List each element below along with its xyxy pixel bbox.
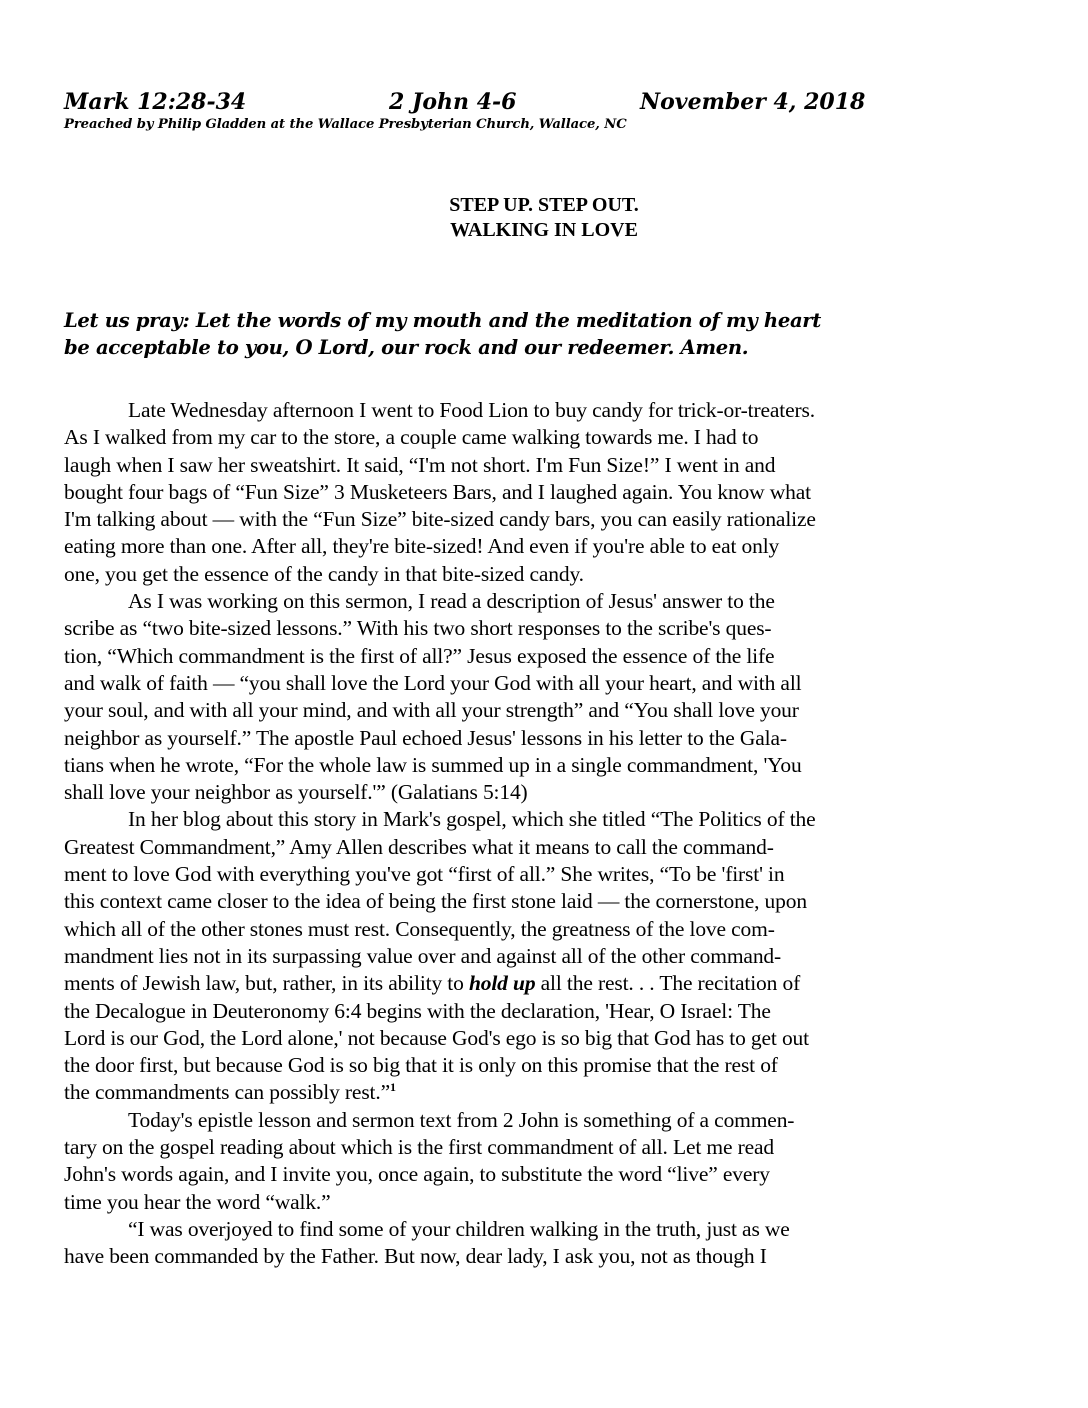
paragraph-line: As I was working on this sermon, I read … <box>64 588 1044 615</box>
scripture-references: Mark 12:28-34 2 John 4-6 November 4, 201… <box>64 88 964 116</box>
paragraph-line: the Decalogue in Deuteronomy 6:4 begins … <box>64 998 1044 1025</box>
paragraph-line: neighbor as yourself.” The apostle Paul … <box>64 725 1044 752</box>
paragraph-line: ments of Jewish law, but, rather, in its… <box>64 970 1044 997</box>
opening-prayer: Let us pray: Let the words of my mouth a… <box>64 307 1024 361</box>
prayer-line-2: be acceptable to you, O Lord, our rock a… <box>64 334 1024 361</box>
paragraph-line: mandment lies not in its surpassing valu… <box>64 943 1044 970</box>
text-run: all the rest. . . The recitation of <box>535 971 800 995</box>
paragraph-line: I'm talking about — with the “Fun Size” … <box>64 506 1044 533</box>
paragraph-line: the door first, but because God is so bi… <box>64 1052 1044 1079</box>
text-run: the commandments can possibly rest.” <box>64 1080 390 1104</box>
prayer-line-1: Let us pray: Let the words of my mouth a… <box>64 307 1024 334</box>
paragraph-line: which all of the other stones must rest.… <box>64 916 1044 943</box>
paragraph-line: ment to love God with everything you've … <box>64 861 1044 888</box>
paragraph-line: tion, “Which commandment is the first of… <box>64 643 1044 670</box>
paragraph-line: laugh when I saw her sweatshirt. It said… <box>64 452 1044 479</box>
paragraph-line: time you hear the word “walk.” <box>64 1189 1044 1216</box>
paragraph-line: Today's epistle lesson and sermon text f… <box>64 1107 1044 1134</box>
paragraph-line: have been commanded by the Father. But n… <box>64 1243 1044 1270</box>
document-page: Mark 12:28-34 2 John 4-6 November 4, 201… <box>0 0 1088 1408</box>
paragraph-line: John's words again, and I invite you, on… <box>64 1161 1044 1188</box>
paragraph-line: shall love your neighbor as yourself.'” … <box>64 779 1044 806</box>
paragraph-line: tians when he wrote, “For the whole law … <box>64 752 1044 779</box>
preacher-line: Preached by Philip Gladden at the Wallac… <box>64 116 964 134</box>
paragraph-line: In her blog about this story in Mark's g… <box>64 806 1044 833</box>
emphasized-text: hold up <box>469 971 535 995</box>
paragraph-line: As I walked from my car to the store, a … <box>64 424 1044 451</box>
paragraph-line: Late Wednesday afternoon I went to Food … <box>64 397 1044 424</box>
sermon-date: November 4, 2018 <box>640 88 865 116</box>
paragraph-line: Greatest Commandment,” Amy Allen describ… <box>64 834 1044 861</box>
paragraph-line: eating more than one. After all, they're… <box>64 533 1044 560</box>
footnote-marker[interactable]: 1 <box>390 1080 396 1094</box>
sermon-header: Mark 12:28-34 2 John 4-6 November 4, 201… <box>64 88 964 134</box>
title-line-2: WALKING IN LOVE <box>0 218 1088 243</box>
gospel-reference: Mark 12:28-34 <box>64 88 246 116</box>
paragraph-line: one, you get the essence of the candy in… <box>64 561 1044 588</box>
paragraph-line: your soul, and with all your mind, and w… <box>64 697 1044 724</box>
epistle-reference: 2 John 4-6 <box>389 88 516 116</box>
sermon-title: STEP UP. STEP OUT. WALKING IN LOVE <box>0 193 1088 243</box>
paragraph-line: and walk of faith — “you shall love the … <box>64 670 1044 697</box>
paragraph-line: the commandments can possibly rest.”1 <box>64 1079 1044 1106</box>
paragraph-line: “I was overjoyed to find some of your ch… <box>64 1216 1044 1243</box>
text-run: ments of Jewish law, but, rather, in its… <box>64 971 469 995</box>
sermon-body: Late Wednesday afternoon I went to Food … <box>64 397 1044 1271</box>
paragraph-line: tary on the gospel reading about which i… <box>64 1134 1044 1161</box>
paragraph-line: scribe as “two bite-sized lessons.” With… <box>64 615 1044 642</box>
paragraph-line: Lord is our God, the Lord alone,' not be… <box>64 1025 1044 1052</box>
paragraph-line: this context came closer to the idea of … <box>64 888 1044 915</box>
paragraph-line: bought four bags of “Fun Size” 3 Muskete… <box>64 479 1044 506</box>
title-line-1: STEP UP. STEP OUT. <box>0 193 1088 218</box>
